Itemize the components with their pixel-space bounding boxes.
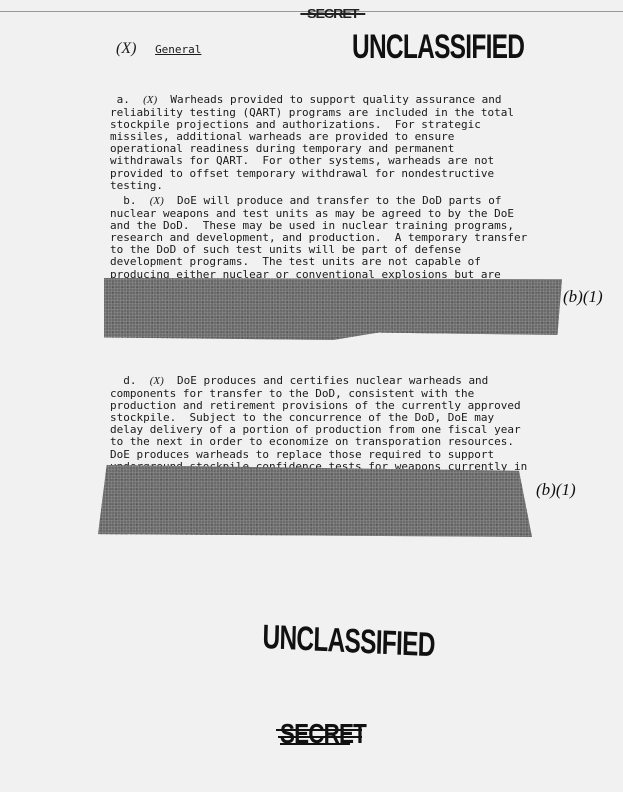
classification-mark: (X) <box>150 375 164 387</box>
stamp-unclassified-bottom: UNCLASSIFIED <box>262 618 435 665</box>
classification-mark: (X) <box>150 195 164 207</box>
redaction-block-e <box>98 465 532 537</box>
paragraph-label: d. <box>123 374 136 387</box>
paragraph-label: a. <box>117 93 130 106</box>
redaction-note-c: (b)(1) <box>563 287 603 307</box>
strike-line <box>278 736 362 738</box>
strike-line <box>276 729 362 731</box>
paragraph-label: b. <box>123 194 136 207</box>
section-title: General <box>155 43 201 56</box>
strike-line <box>280 743 350 745</box>
stamp-unclassified-top: UNCLASSIFIED <box>352 28 524 67</box>
classification-mark: (X) <box>116 40 136 57</box>
redaction-note-e: (b)(1) <box>536 480 576 500</box>
redaction-block-c <box>104 278 562 340</box>
section-heading: (X) General <box>116 40 201 58</box>
classification-mark: (X) <box>143 94 157 106</box>
stamp-secret-top-struck: SECRET <box>307 6 358 21</box>
stamp-secret-bottom-struck: SECRET <box>280 718 366 750</box>
paragraph-text: DoE will produce and transfer to the DoD… <box>110 194 527 292</box>
